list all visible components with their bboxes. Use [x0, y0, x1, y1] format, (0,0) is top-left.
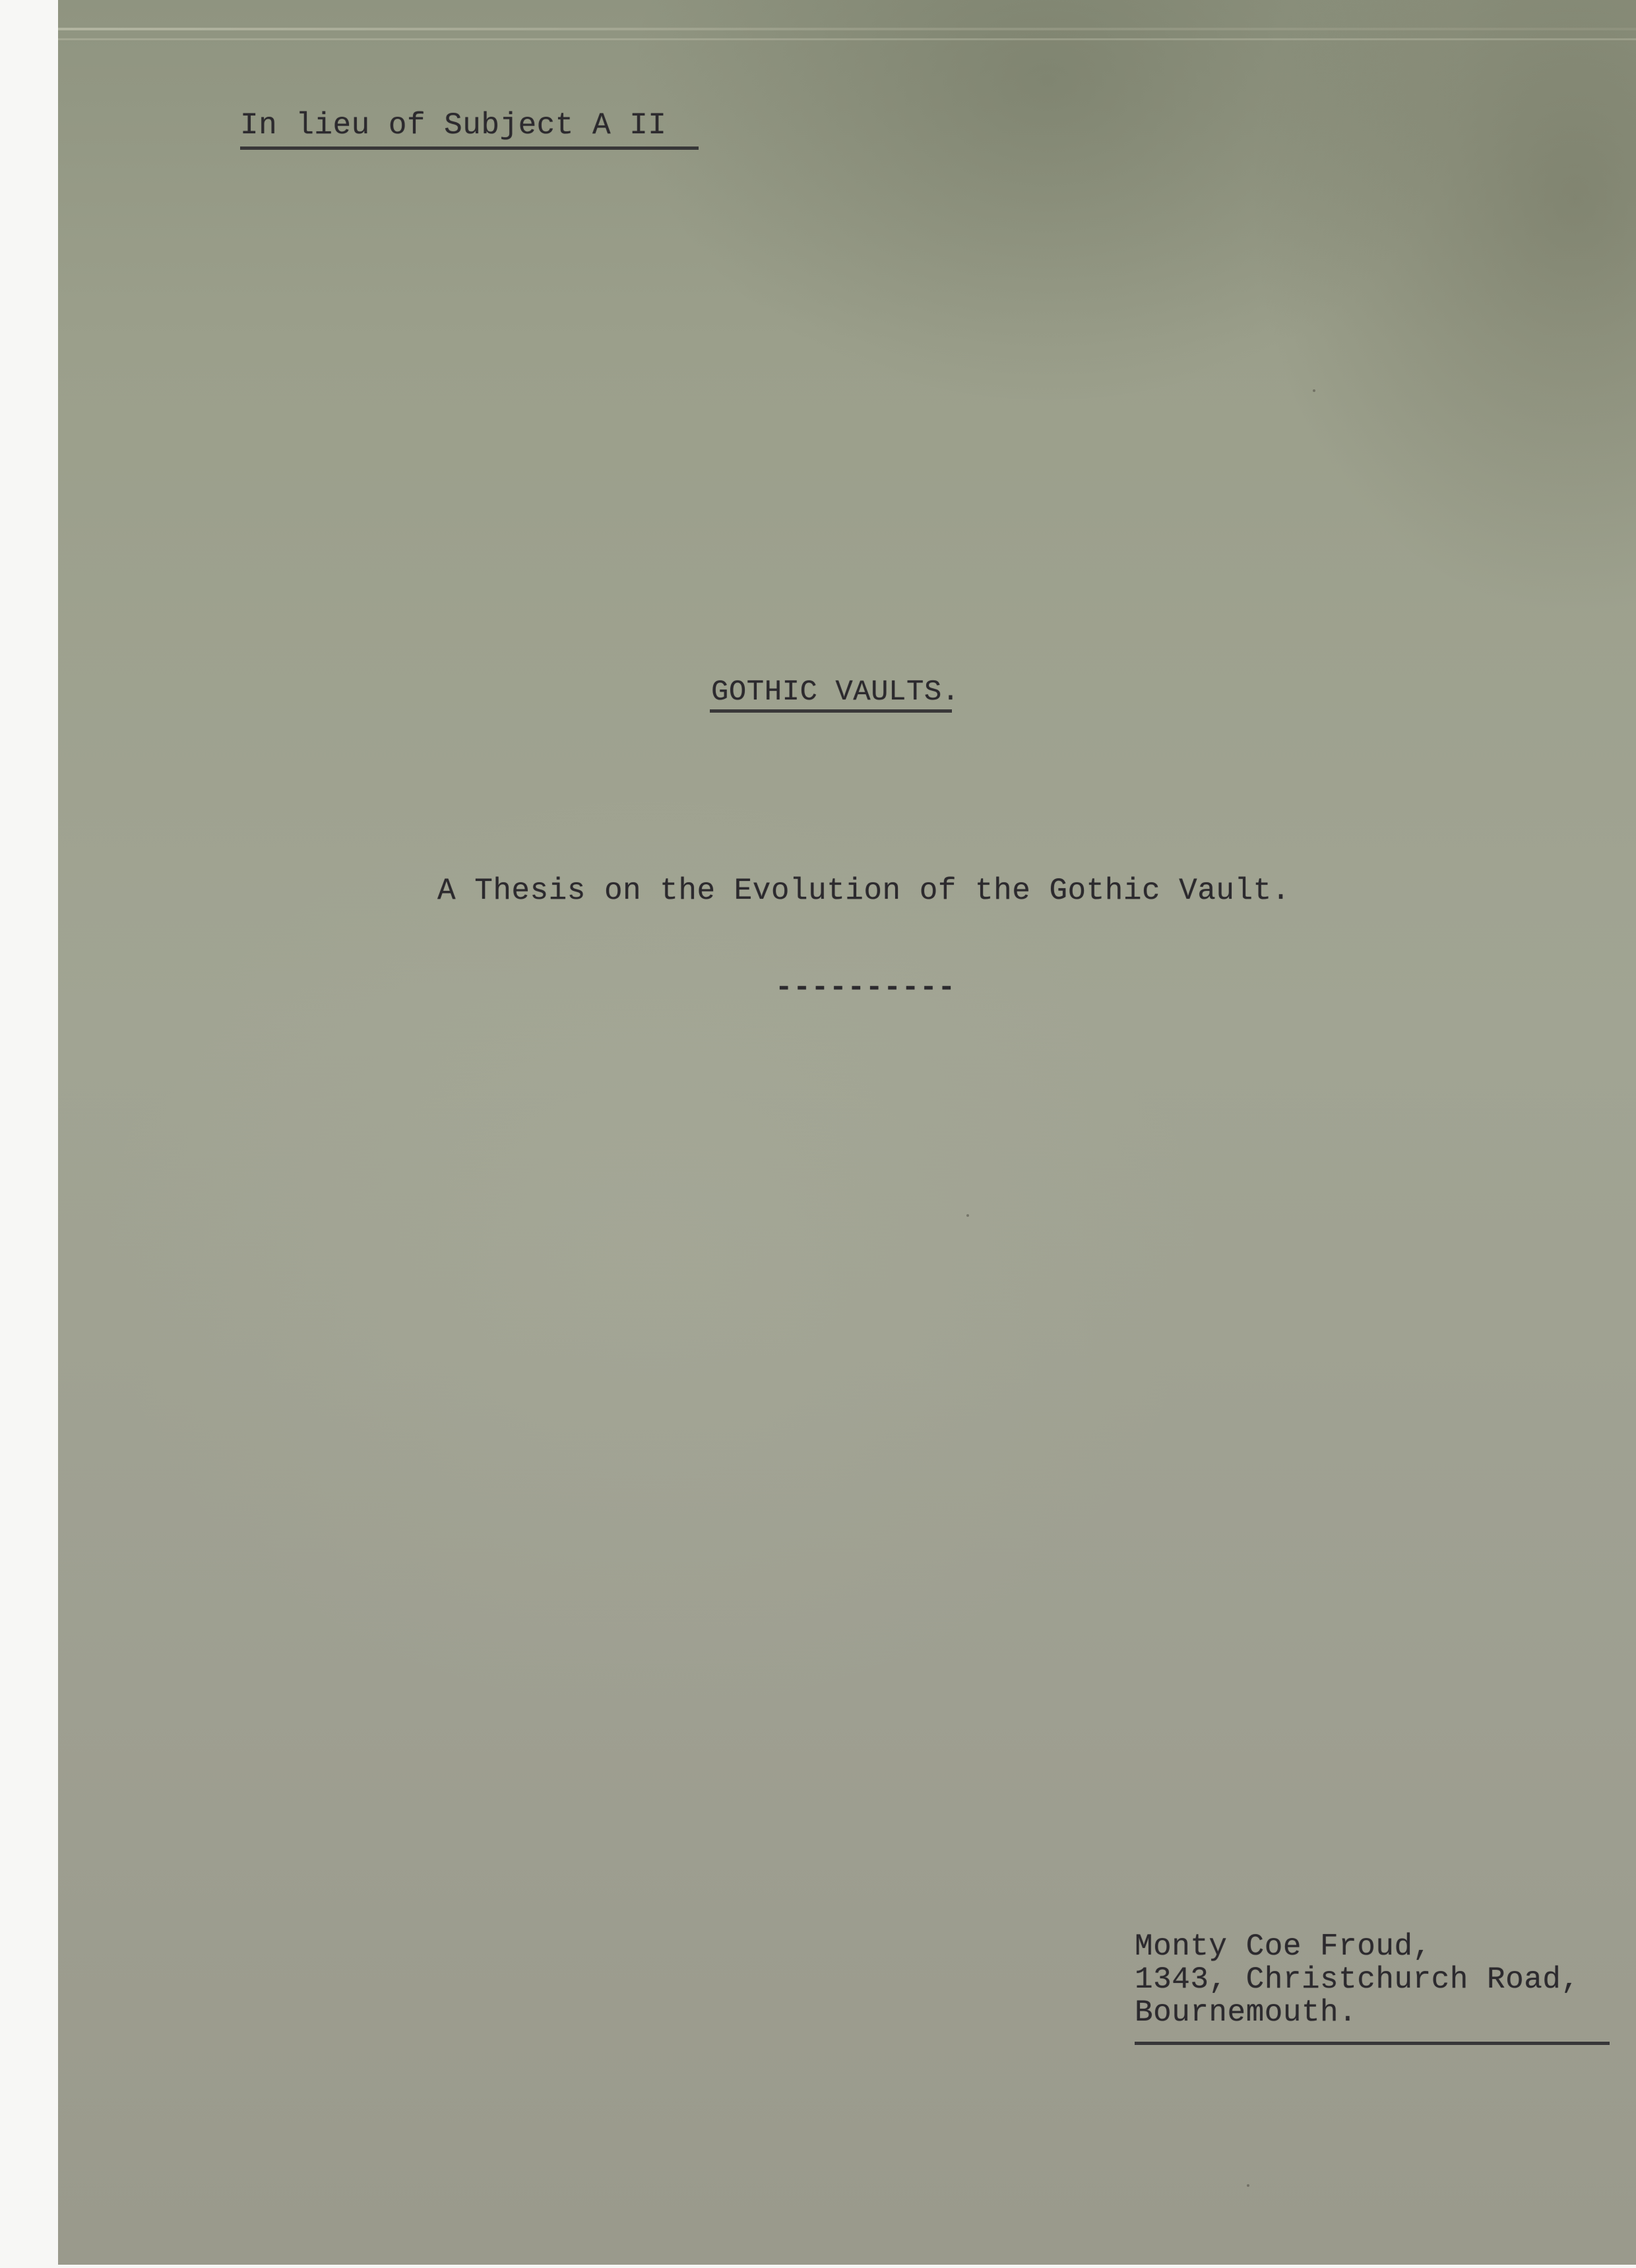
author-town: Bournemouth.: [1135, 1996, 1580, 2029]
separator-dashes: ----------: [775, 978, 956, 998]
author-name: Monty Coe Froud,: [1135, 1930, 1580, 1963]
cover-page: [58, 0, 1636, 2265]
author-block: Monty Coe Froud,1343, Christchurch Road,…: [1135, 1930, 1580, 2029]
document-title: GOTHIC VAULTS.: [711, 673, 960, 711]
subject-underline: [240, 146, 699, 150]
author-address: 1343, Christchurch Road,: [1135, 1963, 1580, 1996]
paper-speck: [1313, 389, 1315, 392]
document-subtitle: A Thesis on the Evolution of the Gothic …: [437, 871, 1290, 911]
title-underline: [710, 709, 952, 713]
subject-note: In lieu of Subject A II: [240, 106, 666, 145]
author-underline: [1135, 2042, 1610, 2045]
paper-speck: [966, 1214, 969, 1217]
paper-speck: [1247, 2184, 1249, 2187]
